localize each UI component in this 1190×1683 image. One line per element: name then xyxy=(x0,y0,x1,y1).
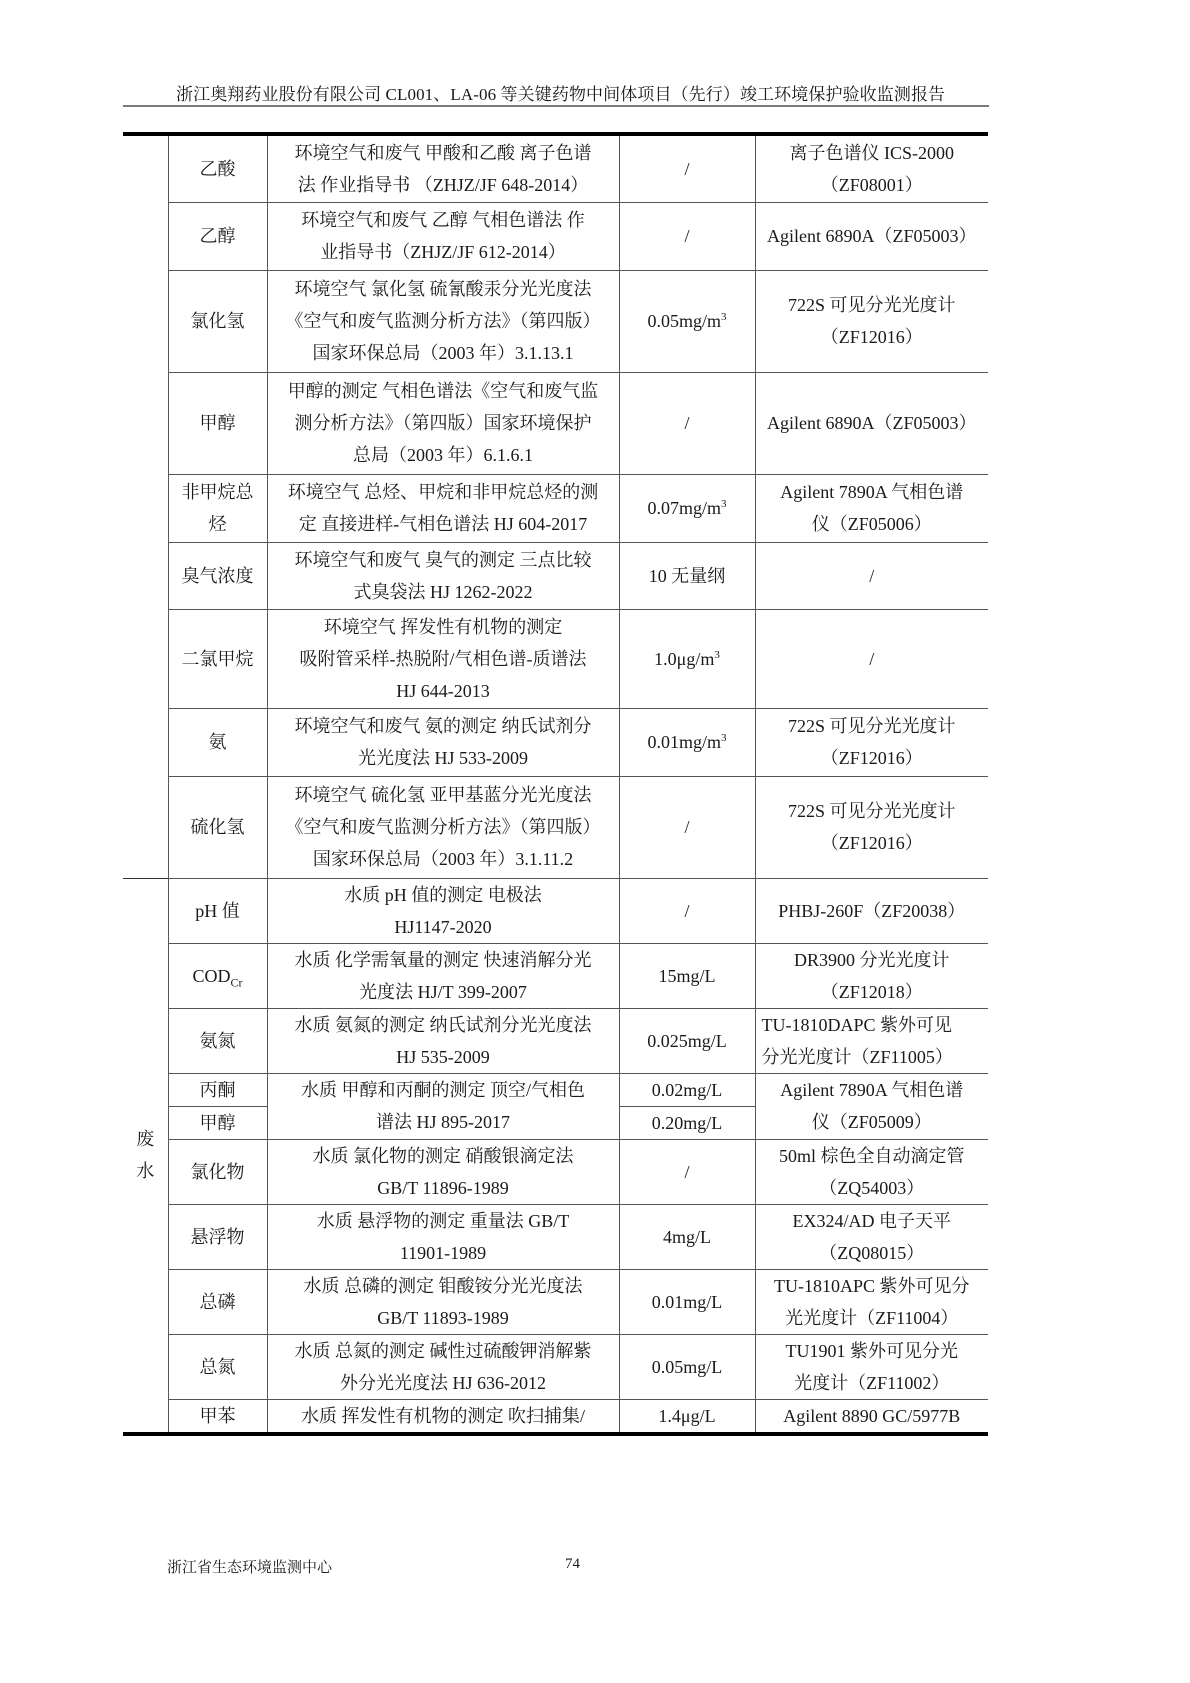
limit-cell: 0.01mg/m3 xyxy=(619,708,755,776)
table-row: 总氮 水质 总氮的测定 碱性过硫酸钾消解紫外分光光度法 HJ 636-2012 … xyxy=(123,1334,988,1399)
method-cell: 环境空气 挥发性有机物的测定吸附管采样-热脱附/气相色谱-质谱法HJ 644-2… xyxy=(267,609,619,708)
method-cell: 水质 氯化物的测定 硝酸银滴定法GB/T 11896-1989 xyxy=(267,1139,619,1204)
limit-cell: 0.01mg/L xyxy=(619,1269,755,1334)
table-row: 氯化物 水质 氯化物的测定 硝酸银滴定法GB/T 11896-1989 / 50… xyxy=(123,1139,988,1204)
instrument-cell: 50ml 棕色全自动滴定管（ZQ54003） xyxy=(755,1139,988,1204)
limit-cell: 0.05mg/L xyxy=(619,1334,755,1399)
limit-cell: 0.07mg/m3 xyxy=(619,474,755,542)
instrument-cell: DR3900 分光光度计（ZF12018） xyxy=(755,943,988,1008)
table-row: 非甲烷总烃 环境空气 总烃、甲烷和非甲烷总烃的测定 直接进样-气相色谱法 HJ … xyxy=(123,474,988,542)
instrument-cell: TU-1810DAPC 紫外可见分光光度计（ZF11005） xyxy=(755,1008,988,1073)
limit-cell: 0.20mg/L xyxy=(619,1106,755,1139)
method-cell: 环境空气 硫化氢 亚甲基蓝分光光度法《空气和废气监测分析方法》（第四版）国家环保… xyxy=(267,776,619,878)
table-row: 氨氮 水质 氨氮的测定 纳氏试剂分光光度法HJ 535-2009 0.025mg… xyxy=(123,1008,988,1073)
instrument-cell: Agilent 7890A 气相色谱仪（ZF05009） xyxy=(755,1073,988,1139)
item-cell: 总磷 xyxy=(168,1269,267,1334)
instrument-cell: PHBJ-260F（ZF20038） xyxy=(755,878,988,943)
monitoring-methods-table: 乙酸 环境空气和废气 甲酸和乙酸 离子色谱法 作业指导书 （ZHJZ/JF 64… xyxy=(123,132,988,1436)
table-row: 臭气浓度 环境空气和废气 臭气的测定 三点比较式臭袋法 HJ 1262-2022… xyxy=(123,542,988,609)
method-cell: 环境空气和废气 氨的测定 纳氏试剂分光光度法 HJ 533-2009 xyxy=(267,708,619,776)
table-row: 甲醇 甲醇的测定 气相色谱法《空气和废气监测分析方法》（第四版）国家环境保护总局… xyxy=(123,372,988,474)
table-row: 乙酸 环境空气和废气 甲酸和乙酸 离子色谱法 作业指导书 （ZHJZ/JF 64… xyxy=(123,134,988,202)
method-cell: 甲醇的测定 气相色谱法《空气和废气监测分析方法》（第四版）国家环境保护总局（20… xyxy=(267,372,619,474)
category-cell-wastewater: 废水 xyxy=(123,878,168,1434)
table-row: 二氯甲烷 环境空气 挥发性有机物的测定吸附管采样-热脱附/气相色谱-质谱法HJ … xyxy=(123,609,988,708)
item-cell: 氨氮 xyxy=(168,1008,267,1073)
method-cell: 水质 甲醇和丙酮的测定 顶空/气相色谱法 HJ 895-2017 xyxy=(267,1073,619,1139)
method-cell: 水质 总磷的测定 钼酸铵分光光度法GB/T 11893-1989 xyxy=(267,1269,619,1334)
item-cell: 二氯甲烷 xyxy=(168,609,267,708)
limit-cell: / xyxy=(619,1139,755,1204)
item-cell: CODCr xyxy=(168,943,267,1008)
table-row: 氯化氢 环境空气 氯化氢 硫氰酸汞分光光度法《空气和废气监测分析方法》（第四版）… xyxy=(123,270,988,372)
method-cell: 环境空气 氯化氢 硫氰酸汞分光光度法《空气和废气监测分析方法》（第四版）国家环保… xyxy=(267,270,619,372)
item-cell: pH 值 xyxy=(168,878,267,943)
table-row: 悬浮物 水质 悬浮物的测定 重量法 GB/T11901-1989 4mg/L E… xyxy=(123,1204,988,1269)
instrument-cell: Agilent 6890A（ZF05003） xyxy=(755,202,988,270)
category-cell-gas xyxy=(123,134,168,878)
item-cell: 氨 xyxy=(168,708,267,776)
limit-cell: 10 无量纲 xyxy=(619,542,755,609)
limit-cell: 0.02mg/L xyxy=(619,1073,755,1106)
instrument-cell: 722S 可见分光光度计（ZF12016） xyxy=(755,776,988,878)
limit-cell: / xyxy=(619,776,755,878)
method-cell: 环境空气和废气 臭气的测定 三点比较式臭袋法 HJ 1262-2022 xyxy=(267,542,619,609)
footer-organization: 浙江省生态环境监测中心 xyxy=(167,1556,332,1577)
instrument-cell: 离子色谱仪 ICS-2000（ZF08001） xyxy=(755,134,988,202)
report-header-title: 浙江奥翔药业股份有限公司 CL001、LA-06 等关键药物中间体项目（先行）竣… xyxy=(176,80,945,105)
instrument-cell: / xyxy=(755,542,988,609)
instrument-cell: TU-1810APC 紫外可见分光光度计（ZF11004） xyxy=(755,1269,988,1334)
header-divider xyxy=(123,105,989,107)
table-row: 总磷 水质 总磷的测定 钼酸铵分光光度法GB/T 11893-1989 0.01… xyxy=(123,1269,988,1334)
item-cell: 乙酸 xyxy=(168,134,267,202)
item-cell: 氯化氢 xyxy=(168,270,267,372)
instrument-cell: Agilent 7890A 气相色谱仪（ZF05006） xyxy=(755,474,988,542)
method-cell: 环境空气 总烃、甲烷和非甲烷总烃的测定 直接进样-气相色谱法 HJ 604-20… xyxy=(267,474,619,542)
item-cell: 总氮 xyxy=(168,1334,267,1399)
limit-cell: / xyxy=(619,878,755,943)
method-cell: 环境空气和废气 乙醇 气相色谱法 作业指导书（ZHJZ/JF 612-2014） xyxy=(267,202,619,270)
limit-cell: / xyxy=(619,202,755,270)
limit-cell: 0.05mg/m3 xyxy=(619,270,755,372)
item-cell: 甲醇 xyxy=(168,1106,267,1139)
instrument-cell: Agilent 6890A（ZF05003） xyxy=(755,372,988,474)
table-row: 氨 环境空气和废气 氨的测定 纳氏试剂分光光度法 HJ 533-2009 0.0… xyxy=(123,708,988,776)
method-cell: 水质 pH 值的测定 电极法HJ1147-2020 xyxy=(267,878,619,943)
table-row: 丙酮 水质 甲醇和丙酮的测定 顶空/气相色谱法 HJ 895-2017 0.02… xyxy=(123,1073,988,1106)
table-row: CODCr 水质 化学需氧量的测定 快速消解分光光度法 HJ/T 399-200… xyxy=(123,943,988,1008)
limit-cell: 0.025mg/L xyxy=(619,1008,755,1073)
item-cell: 臭气浓度 xyxy=(168,542,267,609)
limit-cell: 4mg/L xyxy=(619,1204,755,1269)
limit-cell: 15mg/L xyxy=(619,943,755,1008)
category-label-wastewater: 废水 xyxy=(135,1123,155,1187)
method-cell: 环境空气和废气 甲酸和乙酸 离子色谱法 作业指导书 （ZHJZ/JF 648-2… xyxy=(267,134,619,202)
method-cell: 水质 悬浮物的测定 重量法 GB/T11901-1989 xyxy=(267,1204,619,1269)
limit-cell: / xyxy=(619,372,755,474)
limit-cell: / xyxy=(619,134,755,202)
instrument-cell: / xyxy=(755,609,988,708)
item-cell: 乙醇 xyxy=(168,202,267,270)
instrument-cell: 722S 可见分光光度计（ZF12016） xyxy=(755,708,988,776)
monitoring-methods-table-container: 乙酸 环境空气和废气 甲酸和乙酸 离子色谱法 作业指导书 （ZHJZ/JF 64… xyxy=(123,132,988,1436)
page-number: 74 xyxy=(565,1556,580,1573)
table-row: 废水 pH 值 水质 pH 值的测定 电极法HJ1147-2020 / PHBJ… xyxy=(123,878,988,943)
method-cell: 水质 挥发性有机物的测定 吹扫捕集/ xyxy=(267,1399,619,1434)
limit-cell: 1.0μg/m3 xyxy=(619,609,755,708)
table-row: 硫化氢 环境空气 硫化氢 亚甲基蓝分光光度法《空气和废气监测分析方法》（第四版）… xyxy=(123,776,988,878)
item-cell: 甲苯 xyxy=(168,1399,267,1434)
method-cell: 水质 总氮的测定 碱性过硫酸钾消解紫外分光光度法 HJ 636-2012 xyxy=(267,1334,619,1399)
item-cell: 非甲烷总烃 xyxy=(168,474,267,542)
instrument-cell: Agilent 8890 GC/5977B xyxy=(755,1399,988,1434)
instrument-cell: EX324/AD 电子天平（ZQ08015） xyxy=(755,1204,988,1269)
item-cell: 悬浮物 xyxy=(168,1204,267,1269)
item-cell: 甲醇 xyxy=(168,372,267,474)
item-cell: 丙酮 xyxy=(168,1073,267,1106)
table-row: 甲苯 水质 挥发性有机物的测定 吹扫捕集/ 1.4μg/L Agilent 88… xyxy=(123,1399,988,1434)
table-row: 乙醇 环境空气和废气 乙醇 气相色谱法 作业指导书（ZHJZ/JF 612-20… xyxy=(123,202,988,270)
method-cell: 水质 氨氮的测定 纳氏试剂分光光度法HJ 535-2009 xyxy=(267,1008,619,1073)
method-cell: 水质 化学需氧量的测定 快速消解分光光度法 HJ/T 399-2007 xyxy=(267,943,619,1008)
limit-cell: 1.4μg/L xyxy=(619,1399,755,1434)
item-cell: 氯化物 xyxy=(168,1139,267,1204)
item-cell: 硫化氢 xyxy=(168,776,267,878)
instrument-cell: TU1901 紫外可见分光光度计（ZF11002） xyxy=(755,1334,988,1399)
instrument-cell: 722S 可见分光光度计（ZF12016） xyxy=(755,270,988,372)
